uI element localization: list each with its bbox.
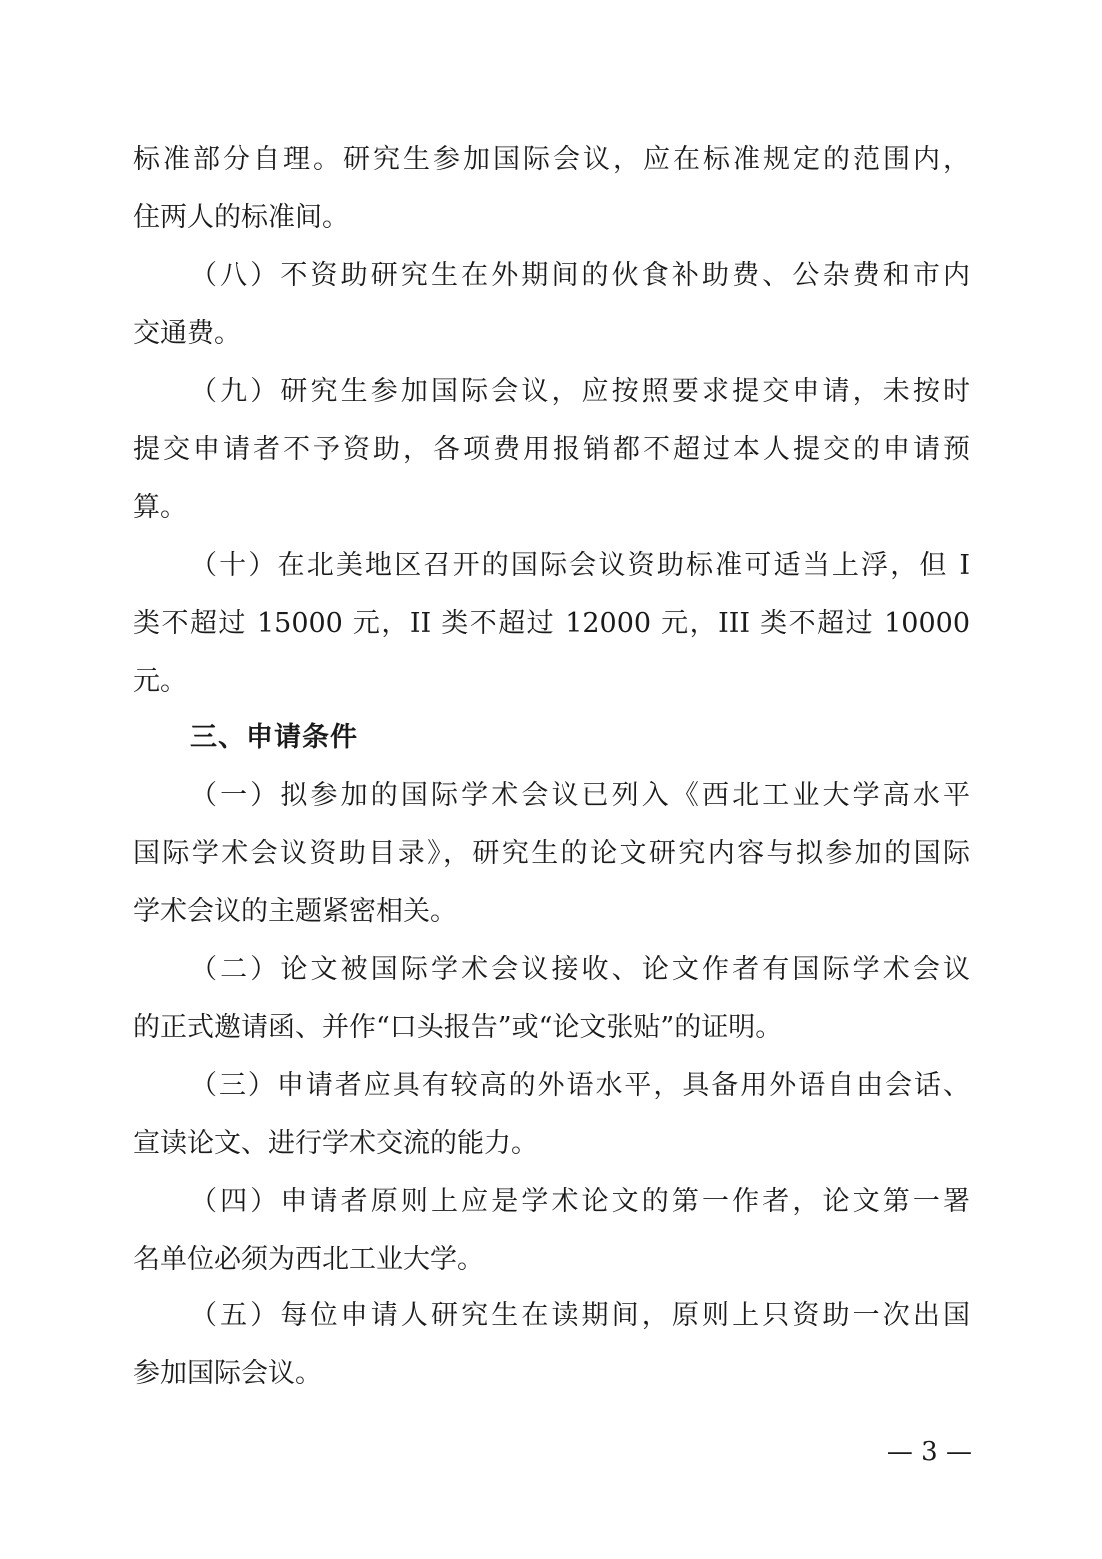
clause-10-line-1: （十）在北美地区召开的国际会议资助标准可适当上浮，但 I bbox=[190, 546, 970, 586]
condition-4-line-2: 名单位必须为西北工业大学。 bbox=[133, 1240, 970, 1280]
clause-9-line-1: （九）研究生参加国际会议，应按照要求提交申请，未按时 bbox=[190, 372, 970, 412]
condition-2-line-2: 的正式邀请函、并作“口头报告”或“论文张贴”的证明。 bbox=[133, 1008, 970, 1048]
clause-10-line-3: 元。 bbox=[133, 662, 970, 702]
text-line-1: 标准部分自理。研究生参加国际会议，应在标准规定的范围内， bbox=[133, 140, 970, 180]
condition-1-line-1: （一）拟参加的国际学术会议已列入《西北工业大学高水平 bbox=[190, 776, 970, 816]
document-page: 标准部分自理。研究生参加国际会议，应在标准规定的范围内， 住两人的标准间。 （八… bbox=[0, 0, 1102, 1559]
text-line-2: 住两人的标准间。 bbox=[133, 198, 970, 238]
condition-5-line-1: （五）每位申请人研究生在读期间，原则上只资助一次出国 bbox=[190, 1296, 970, 1336]
condition-1-line-2: 国际学术会议资助目录》，研究生的论文研究内容与拟参加的国际 bbox=[133, 834, 970, 874]
condition-1-line-3: 学术会议的主题紧密相关。 bbox=[133, 892, 970, 932]
condition-2-line-1: （二）论文被国际学术会议接收、论文作者有国际学术会议 bbox=[190, 950, 970, 990]
clause-9-line-2: 提交申请者不予资助，各项费用报销都不超过本人提交的申请预 bbox=[133, 430, 970, 470]
condition-3-line-2: 宣读论文、进行学术交流的能力。 bbox=[133, 1124, 970, 1164]
clause-9-line-3: 算。 bbox=[133, 488, 970, 528]
condition-3-line-1: （三）申请者应具有较高的外语水平，具备用外语自由会话、 bbox=[190, 1066, 970, 1106]
clause-8-line-2: 交通费。 bbox=[133, 314, 970, 354]
page-number: — 3 — bbox=[880, 1432, 972, 1472]
clause-10-line-2: 类不超过 15000 元，II 类不超过 12000 元，III 类不超过 10… bbox=[133, 604, 970, 644]
condition-4-line-1: （四）申请者原则上应是学术论文的第一作者，论文第一署 bbox=[190, 1182, 970, 1222]
clause-8-line-1: （八）不资助研究生在外期间的伙食补助费、公杂费和市内 bbox=[190, 256, 970, 296]
section-heading-application-conditions: 三、申请条件 bbox=[190, 718, 590, 758]
condition-5-line-2: 参加国际会议。 bbox=[133, 1354, 970, 1394]
